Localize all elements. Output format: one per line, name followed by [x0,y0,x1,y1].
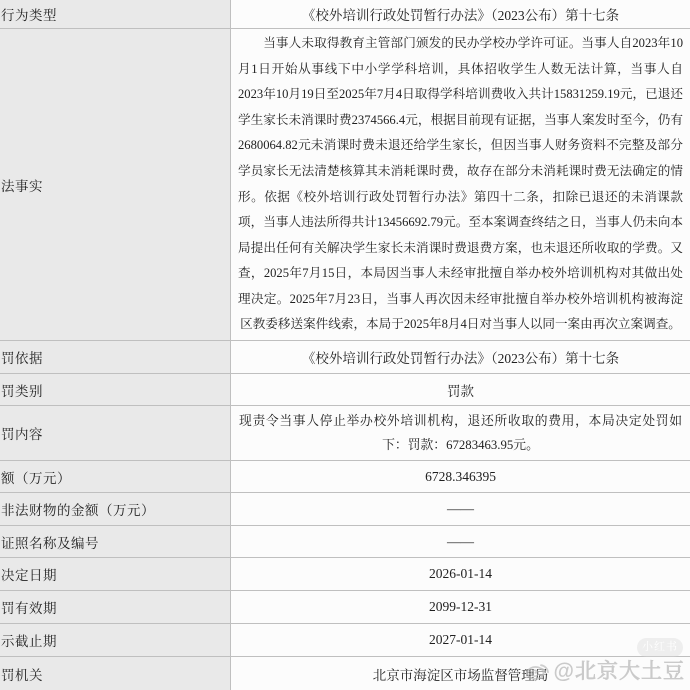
row-label: 非法财物的金额（万元） [0,493,230,525]
row-label: 法事实 [0,29,230,340]
table-row: 示截止期2027-01-14 [0,624,690,657]
table-row: 罚内容现责令当事人停止举办校外培训机构，退还所收取的费用，本局决定处罚如下：罚款… [0,406,690,461]
row-label: 罚类别 [0,374,230,405]
row-value-text: 罚款 [239,380,682,400]
row-value-text: 现责令当事人停止举办校外培训机构，退还所收取的费用，本局决定处罚如下：罚款：67… [239,409,682,457]
row-label: 罚内容 [0,406,230,460]
row-value-text: 当事人未取得教育主管部门颁发的民办学校办学许可证。当事人自2023年10月1日开… [238,31,683,338]
row-value-text: 2099-12-31 [239,599,682,615]
row-value: 2027-01-14 [230,624,690,656]
row-value: 罚款 [230,374,690,405]
row-label: 罚有效期 [0,591,230,623]
table-row: 额（万元）6728.346395 [0,461,690,493]
row-value: —— [230,526,690,557]
row-label: 决定日期 [0,558,230,590]
row-value-text: 《校外培训行政处罚暂行办法》（2023公布）第十七条 [239,347,682,367]
table-row: 罚依据《校外培训行政处罚暂行办法》（2023公布）第十七条 [0,341,690,374]
row-value-text: 《校外培训行政处罚暂行办法》（2023公布）第十七条 [239,4,682,24]
row-value-text: 2027-01-14 [239,632,682,648]
row-label: 证照名称及编号 [0,526,230,557]
row-value: 北京市海淀区市场监督管理局 [230,657,690,690]
penalty-record-table: 行为类型《校外培训行政处罚暂行办法》（2023公布）第十七条法事实当事人未取得教… [0,0,690,690]
row-label: 罚依据 [0,341,230,373]
table-row: 罚有效期2099-12-31 [0,591,690,624]
row-label: 示截止期 [0,624,230,656]
table-row: 证照名称及编号—— [0,526,690,558]
row-value: 2099-12-31 [230,591,690,623]
table-row: 法事实当事人未取得教育主管部门颁发的民办学校办学许可证。当事人自2023年10月… [0,29,690,341]
row-value: 现责令当事人停止举办校外培训机构，退还所收取的费用，本局决定处罚如下：罚款：67… [230,406,690,460]
row-label: 额（万元） [0,461,230,492]
row-value: 《校外培训行政处罚暂行办法》（2023公布）第十七条 [230,0,690,28]
row-value: —— [230,493,690,525]
table-row: 罚类别罚款 [0,374,690,406]
table-row: 行为类型《校外培训行政处罚暂行办法》（2023公布）第十七条 [0,0,690,29]
row-value-text: 6728.346395 [239,469,682,485]
row-value-text: 北京市海淀区市场监督管理局 [239,664,682,684]
table-row: 罚机关北京市海淀区市场监督管理局 [0,657,690,690]
row-value: 2026-01-14 [230,558,690,590]
row-label: 行为类型 [0,0,230,28]
table-row: 决定日期2026-01-14 [0,558,690,591]
row-value: 《校外培训行政处罚暂行办法》（2023公布）第十七条 [230,341,690,373]
row-value: 当事人未取得教育主管部门颁发的民办学校办学许可证。当事人自2023年10月1日开… [230,29,690,340]
row-value-text: 2026-01-14 [239,566,682,582]
row-value: 6728.346395 [230,461,690,492]
row-value-text: —— [239,501,682,517]
row-value-text: —— [239,534,682,550]
row-label: 罚机关 [0,657,230,690]
table-row: 非法财物的金额（万元）—— [0,493,690,526]
